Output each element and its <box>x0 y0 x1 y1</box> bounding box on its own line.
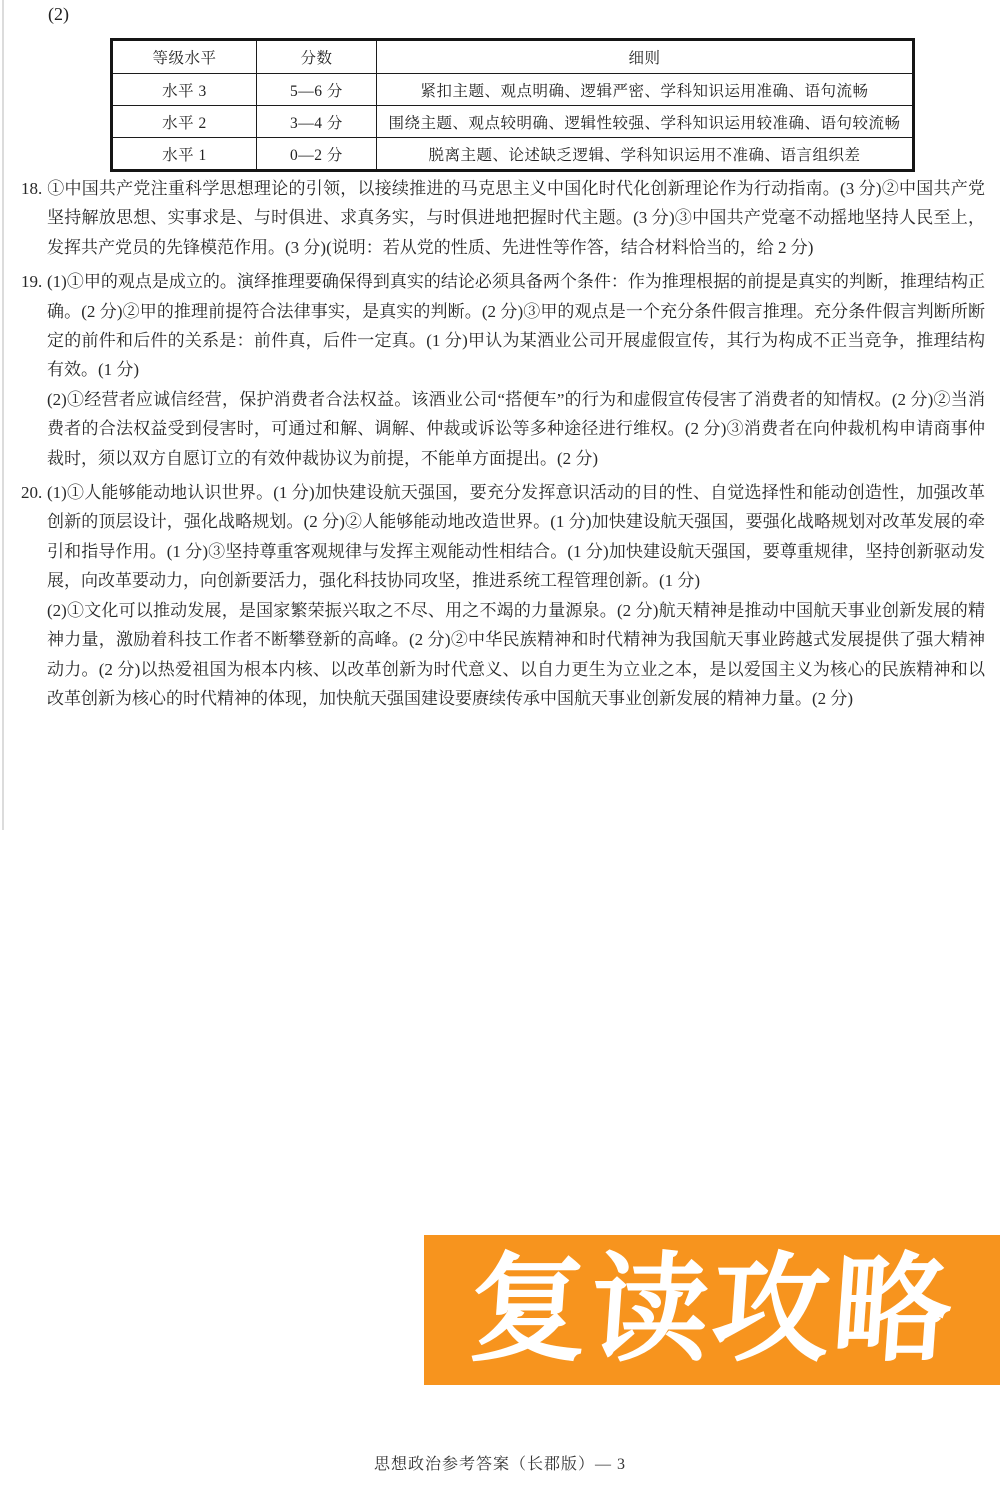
answer-sheet-page: (2) 等级水平 分数 细则 水平 3 5—6 分 紧扣主题、观点明确、逻辑严密… <box>0 0 1000 1488</box>
answer-text: (1)①甲的观点是成立的。演绎推理要确保得到真实的结论必须具备两个条件：作为推理… <box>47 272 985 379</box>
rubric-detail-cell: 脱离主题、论述缺乏逻辑、学科知识运用不准确、语言组织差 <box>377 138 914 171</box>
answer-text: ①中国共产党注重科学思想理论的引领，以接续推进的马克思主义中国化时代化创新理论作… <box>47 179 985 257</box>
answers-section: 18.①中国共产党注重科学思想理论的引领，以接续推进的马克思主义中国化时代化创新… <box>47 174 985 713</box>
rubric-score-cell: 5—6 分 <box>257 74 377 106</box>
question-number: 20. <box>21 478 47 507</box>
rubric-row-level3: 水平 3 5—6 分 紧扣主题、观点明确、逻辑严密、学科知识运用准确、语句流畅 <box>112 74 914 106</box>
rubric-level-cell: 水平 1 <box>112 138 257 171</box>
rubric-header-level: 等级水平 <box>112 40 257 74</box>
rubric-detail-cell: 紧扣主题、观点明确、逻辑严密、学科知识运用准确、语句流畅 <box>377 74 914 106</box>
answer-text: (1)①人能够能动地认识世界。(1 分)加快建设航天强国，要充分发挥意识活动的目… <box>47 483 985 590</box>
rubric-level-cell: 水平 2 <box>112 106 257 138</box>
rubric-row-level2: 水平 2 3—4 分 围绕主题、观点较明确、逻辑性较强、学科知识运用较准确、语句… <box>112 106 914 138</box>
answer-19-paragraph-2: (2)①经营者应诚信经营，保护消费者合法权益。该酒业公司“搭便车”的行为和虚假宣… <box>47 385 985 473</box>
scan-edge-line <box>2 0 4 830</box>
page-footer: 思想政治参考答案（长郡版）— 3 <box>0 1451 1000 1474</box>
answer-text: (2)①经营者应诚信经营，保护消费者合法权益。该酒业公司“搭便车”的行为和虚假宣… <box>47 390 985 468</box>
rubric-level-cell: 水平 3 <box>112 74 257 106</box>
answer-question-18: 18.①中国共产党注重科学思想理论的引领，以接续推进的马克思主义中国化时代化创新… <box>47 174 985 262</box>
promo-banner-text: 复读攻略 <box>466 1251 958 1369</box>
answer-18-paragraph: 18.①中国共产党注重科学思想理论的引领，以接续推进的马克思主义中国化时代化创新… <box>47 174 985 262</box>
answer-19-paragraph-1: 19.(1)①甲的观点是成立的。演绎推理要确保得到真实的结论必须具备两个条件：作… <box>47 267 985 385</box>
grading-rubric-table: 等级水平 分数 细则 水平 3 5—6 分 紧扣主题、观点明确、逻辑严密、学科知… <box>110 38 915 172</box>
rubric-score-cell: 3—4 分 <box>257 106 377 138</box>
answer-20-paragraph-2: (2)①文化可以推动发展，是国家繁荣振兴取之不尽、用之不竭的力量源泉。(2 分)… <box>47 596 985 714</box>
rubric-header-score: 分数 <box>257 40 377 74</box>
rubric-header-row: 等级水平 分数 细则 <box>112 40 914 74</box>
rubric-detail-cell: 围绕主题、观点较明确、逻辑性较强、学科知识运用较准确、语句较流畅 <box>377 106 914 138</box>
answer-question-20: 20.(1)①人能够能动地认识世界。(1 分)加快建设航天强国，要充分发挥意识活… <box>47 478 985 713</box>
rubric-score-cell: 0—2 分 <box>257 138 377 171</box>
answer-question-19: 19.(1)①甲的观点是成立的。演绎推理要确保得到真实的结论必须具备两个条件：作… <box>47 267 985 473</box>
question-number: 18. <box>21 174 47 203</box>
answer-text: (2)①文化可以推动发展，是国家繁荣振兴取之不尽、用之不竭的力量源泉。(2 分)… <box>47 601 985 708</box>
section-label: (2) <box>48 4 69 25</box>
promo-banner: 复读攻略 <box>424 1235 1000 1385</box>
rubric-header-detail: 细则 <box>377 40 914 74</box>
rubric-row-level1: 水平 1 0—2 分 脱离主题、论述缺乏逻辑、学科知识运用不准确、语言组织差 <box>112 138 914 171</box>
answer-20-paragraph-1: 20.(1)①人能够能动地认识世界。(1 分)加快建设航天强国，要充分发挥意识活… <box>47 478 985 596</box>
question-number: 19. <box>21 267 47 296</box>
